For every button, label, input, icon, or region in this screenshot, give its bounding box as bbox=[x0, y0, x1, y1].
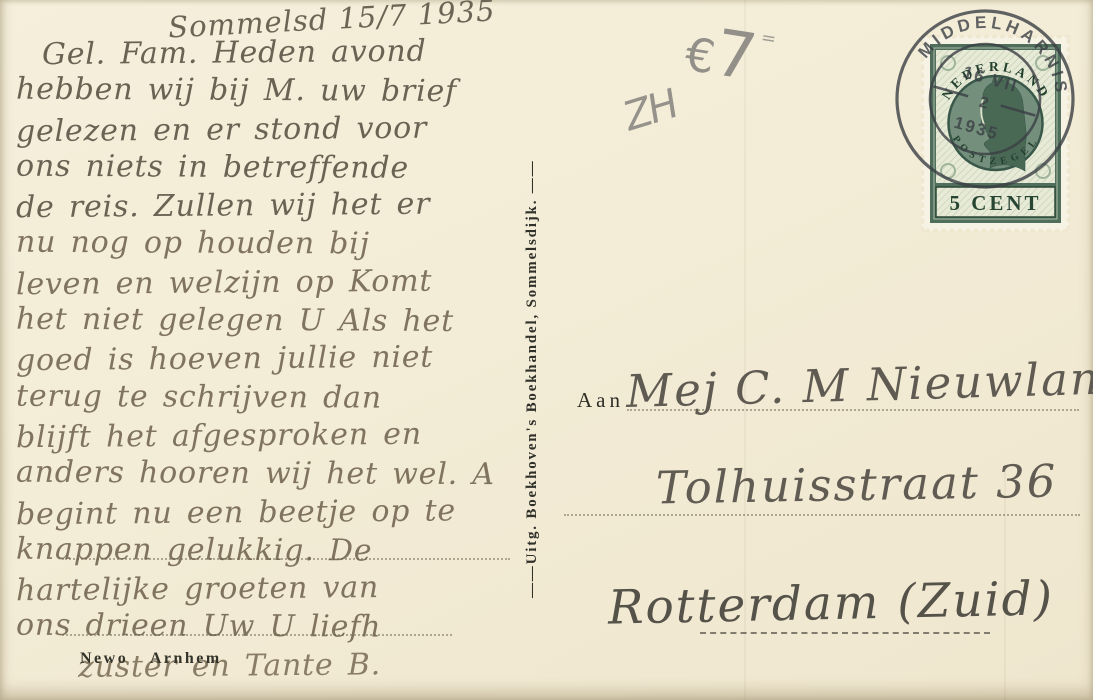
dotted-rule bbox=[564, 514, 1080, 516]
address-recipient: Mej C. M Nieuwland bbox=[625, 351, 1093, 418]
postmark-year-label: 1935 bbox=[952, 113, 1001, 144]
message-line: gelezen en er stond voor bbox=[16, 108, 526, 151]
message-area: Gel. Fam. Heden avond hebben wij bij M. … bbox=[16, 34, 526, 685]
postcard-back: Sommelsd 15/7 1935 Gel. Fam. Heden avond… bbox=[0, 0, 1093, 700]
message-line: hebben wij bij M. uw brief bbox=[16, 71, 526, 112]
message-line: terug te schrijven dan bbox=[16, 377, 526, 418]
postmark-date-label: 16 VII bbox=[961, 62, 1020, 96]
message-line: begint nu een beetje op te bbox=[16, 491, 526, 534]
aan-preprinted-label: Aan bbox=[577, 388, 624, 413]
message-line: de reis. Zullen wij het er bbox=[16, 185, 526, 228]
message-line: hartelijke groeten van bbox=[16, 568, 526, 611]
postmark: MIDDELHARNIS 16 VII 2 1935 bbox=[884, 2, 1086, 204]
message-line: ons niets in betreffende bbox=[16, 148, 526, 189]
pencil-suffix: = bbox=[760, 27, 776, 50]
message-line: blijft het afgesproken en bbox=[16, 415, 526, 458]
pencil-price-mark: €7= bbox=[681, 12, 777, 98]
address-city: Rotterdam (Zuid) bbox=[607, 571, 1054, 635]
pencil-amount: 7 bbox=[710, 16, 764, 96]
postmark-bridge-line bbox=[1001, 106, 1036, 116]
message-line: nu nog op houden bij bbox=[16, 224, 526, 265]
message-line: goed is hoeven jullie niet bbox=[16, 338, 526, 381]
dotted-rule bbox=[62, 634, 452, 636]
pencil-code-mark: ZH bbox=[621, 81, 678, 142]
postmark-slot-label: 2 bbox=[977, 94, 990, 113]
address-street: Tolhuisstraat 36 bbox=[656, 455, 1058, 515]
message-line: knappen gelukkig. De bbox=[16, 531, 526, 572]
message-line: ons drieen Uw U liefh bbox=[16, 607, 526, 648]
postmark-bridge-line bbox=[934, 86, 969, 96]
message-line: het niet gelegen U Als het bbox=[16, 301, 526, 342]
message-line: anders hooren wij het wel. A bbox=[16, 454, 526, 495]
photographer-imprint: Newo Arnhem bbox=[80, 650, 222, 668]
publisher-imprint: ——Uitg. Boekhoven's Boekhandel, Sommelsd… bbox=[524, 118, 541, 640]
dotted-rule bbox=[62, 558, 510, 560]
message-line: Gel. Fam. Heden avond bbox=[42, 32, 526, 75]
message-line: leven en welzijn op Komt bbox=[16, 262, 526, 305]
